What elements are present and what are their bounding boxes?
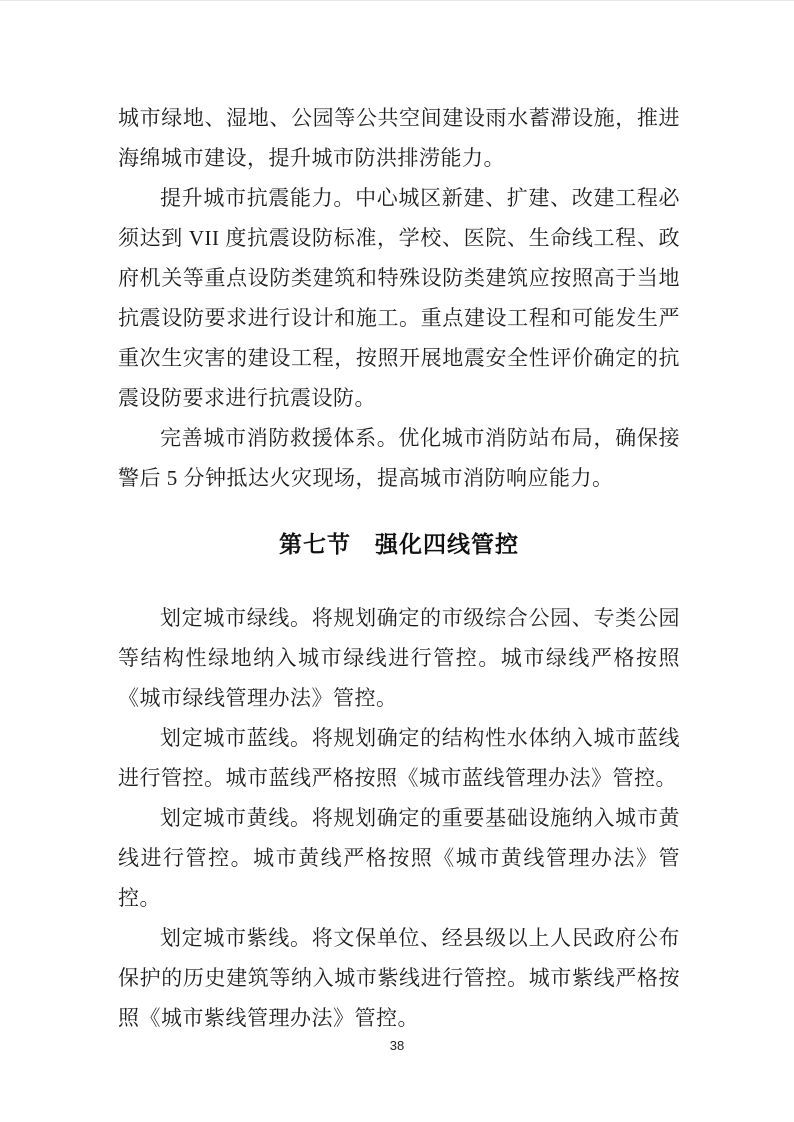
- paragraph-seismic-capacity: 提升城市抗震能力。中心城区新建、扩建、改建工程必须达到 VII 度抗震设防标准，…: [118, 178, 680, 418]
- section-heading: 第七节 强化四线管控: [118, 528, 680, 560]
- paragraph-continuation: 城市绿地、湿地、公园等公共空间建设雨水蓄滞设施，推进海绵城市建设，提升城市防洪排…: [118, 98, 680, 178]
- page-number: 38: [390, 1038, 404, 1053]
- paragraph-purple-line: 划定城市紫线。将文保单位、经县级以上人民政府公布保护的历史建筑等纳入城市紫线进行…: [118, 918, 680, 1038]
- paragraph-blue-line: 划定城市蓝线。将规划确定的结构性水体纳入城市蓝线进行管控。城市蓝线严格按照《城市…: [118, 718, 680, 798]
- paragraph-yellow-line: 划定城市黄线。将规划确定的重要基础设施纳入城市黄线进行管控。城市黄线严格按照《城…: [118, 798, 680, 918]
- page-content: 城市绿地、湿地、公园等公共空间建设雨水蓄滞设施，推进海绵城市建设，提升城市防洪排…: [118, 98, 680, 1038]
- paragraph-green-line: 划定城市绿线。将规划确定的市级综合公园、专类公园等结构性绿地纳入城市绿线进行管控…: [118, 598, 680, 718]
- document-page: 城市绿地、湿地、公园等公共空间建设雨水蓄滞设施，推进海绵城市建设，提升城市防洪排…: [0, 0, 794, 1122]
- page-footer: 38: [0, 1037, 794, 1055]
- paragraph-fire-rescue: 完善城市消防救援体系。优化城市消防站布局，确保接警后 5 分钟抵达火灾现场，提高…: [118, 418, 680, 498]
